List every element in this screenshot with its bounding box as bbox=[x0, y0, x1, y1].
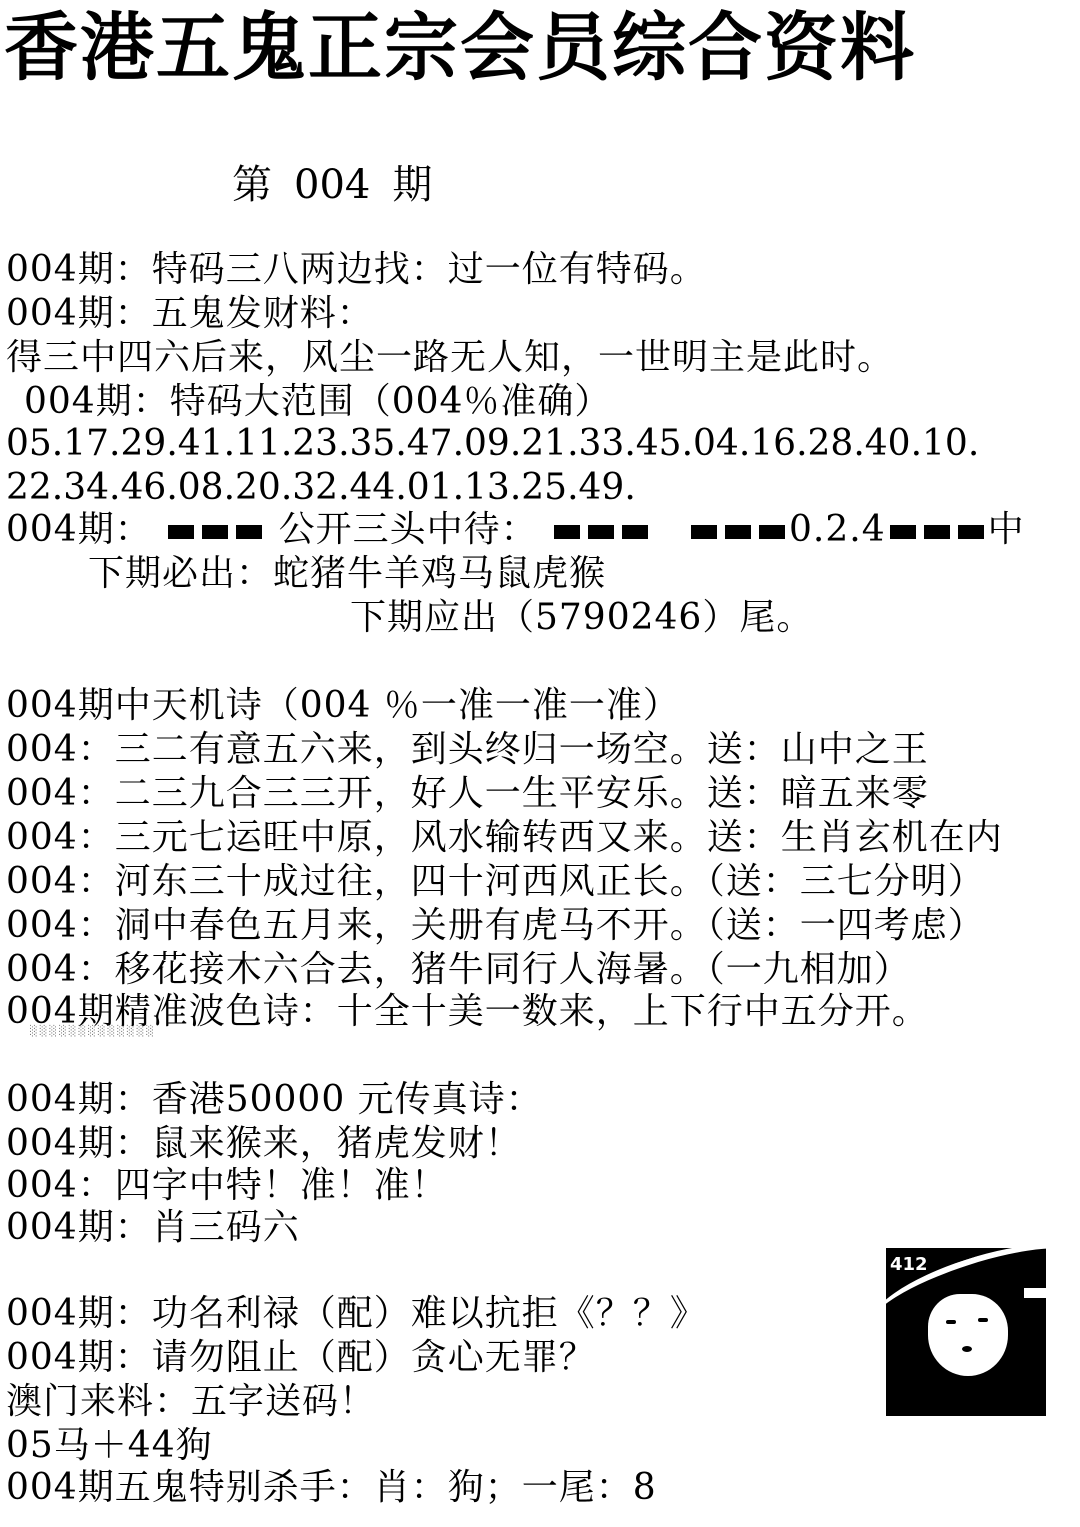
text-line: 004期：鼠来猴来，猪虎发财！ bbox=[6, 1122, 522, 1166]
redaction-block bbox=[622, 525, 648, 539]
photo-face bbox=[928, 1294, 1008, 1376]
portrait-photo: 412 bbox=[886, 1248, 1046, 1416]
redaction-block bbox=[924, 525, 950, 539]
redaction-block bbox=[691, 525, 717, 539]
text-line: 004：移花接木六合去，猪牛同行人海暑。（一九相加） bbox=[6, 948, 911, 992]
document-title: 香港五鬼正宗会员综合资料 bbox=[4, 6, 916, 90]
redaction-block bbox=[236, 525, 262, 539]
redaction-block bbox=[588, 525, 614, 539]
text-line: 004：三元七运旺中原，风水输转西又来。送：生肖玄机在内 bbox=[6, 816, 1003, 860]
redaction-block bbox=[890, 525, 916, 539]
redaction-block bbox=[725, 525, 751, 539]
text-line: 004期五鬼特别杀手：肖：狗；一尾：8 bbox=[6, 1466, 657, 1510]
text-line: 004：洞中春色五月来，关册有虎马不开。（送：一四考虑） bbox=[6, 904, 985, 948]
text-line: 004期：五鬼发财料： bbox=[6, 292, 374, 336]
text-line: 004期：特码三八两边找：过一位有特码。 bbox=[6, 248, 707, 292]
text-line: 得三中四六后来，风尘一路无人知，一世明主是此时。 bbox=[6, 336, 894, 380]
text-line: 004期：功名利禄（配）难以抗拒《？？》 bbox=[6, 1292, 707, 1336]
text-line: 004期：肖三码六 bbox=[6, 1206, 300, 1250]
text-line: 004期：特码大范围（004％准确） bbox=[24, 380, 611, 424]
redaction-block bbox=[958, 525, 984, 539]
photo-badge: 412 bbox=[890, 1254, 928, 1275]
redaction-block bbox=[554, 525, 580, 539]
issue-prefix: 第 bbox=[232, 162, 272, 208]
photo-mouth bbox=[962, 1346, 972, 1352]
faint-artifact: ░░░░░░░░░░░░░ bbox=[30, 1026, 156, 1037]
redaction-block bbox=[759, 525, 785, 539]
issue-suffix: 期 bbox=[392, 162, 432, 208]
text-line: 004：河东三十成过往，四十河西风正长。（送：三七分明） bbox=[6, 860, 985, 904]
redacted-line-middle: 公开三头中待： bbox=[279, 509, 538, 550]
text-line: 澳门来料：五字送码！ bbox=[6, 1380, 376, 1424]
text-line: 004：四字中特！准！准！ bbox=[6, 1164, 448, 1208]
number-list-line-2: 22.34.46.08.20.32.44.01.13.25.49. bbox=[6, 466, 636, 510]
text-line: 下期应出（5790246）尾。 bbox=[350, 596, 813, 640]
photo-eye bbox=[946, 1320, 956, 1324]
number-list-line-1: 05.17.29.41.11.23.35.47.09.21.33.45.04.1… bbox=[6, 422, 979, 466]
text-line: 004：三二有意五六来，到头终归一场空。送：山中之王 bbox=[6, 728, 929, 772]
redaction-block bbox=[168, 525, 194, 539]
redacted-line: 004期： 公开三头中待： 0.2.4中 bbox=[6, 508, 1025, 552]
text-line: 004期中天机诗（004 ％一准一准一准） bbox=[6, 684, 680, 728]
redacted-line-suffix: 中 bbox=[988, 509, 1025, 550]
redaction-block bbox=[202, 525, 228, 539]
text-line: 004：二三九合三三开，好人一生平安乐。送：暗五来零 bbox=[6, 772, 929, 816]
issue-heading: 第004期 bbox=[232, 160, 432, 210]
text-line: 05马＋44狗 bbox=[6, 1424, 213, 1468]
photo-highlight bbox=[1024, 1288, 1046, 1298]
issue-number: 004 bbox=[294, 162, 370, 208]
photo-eye bbox=[978, 1318, 988, 1322]
text-line: 004期：香港50000 元传真诗： bbox=[6, 1078, 543, 1122]
text-line: 004期：请勿阻止（配）贪心无罪？ bbox=[6, 1336, 596, 1380]
redacted-line-digits: 0.2.4 bbox=[789, 509, 886, 550]
text-line: 下期必出：蛇猪牛羊鸡马鼠虎猴 bbox=[88, 552, 606, 596]
redacted-line-prefix: 004期： bbox=[6, 509, 152, 550]
